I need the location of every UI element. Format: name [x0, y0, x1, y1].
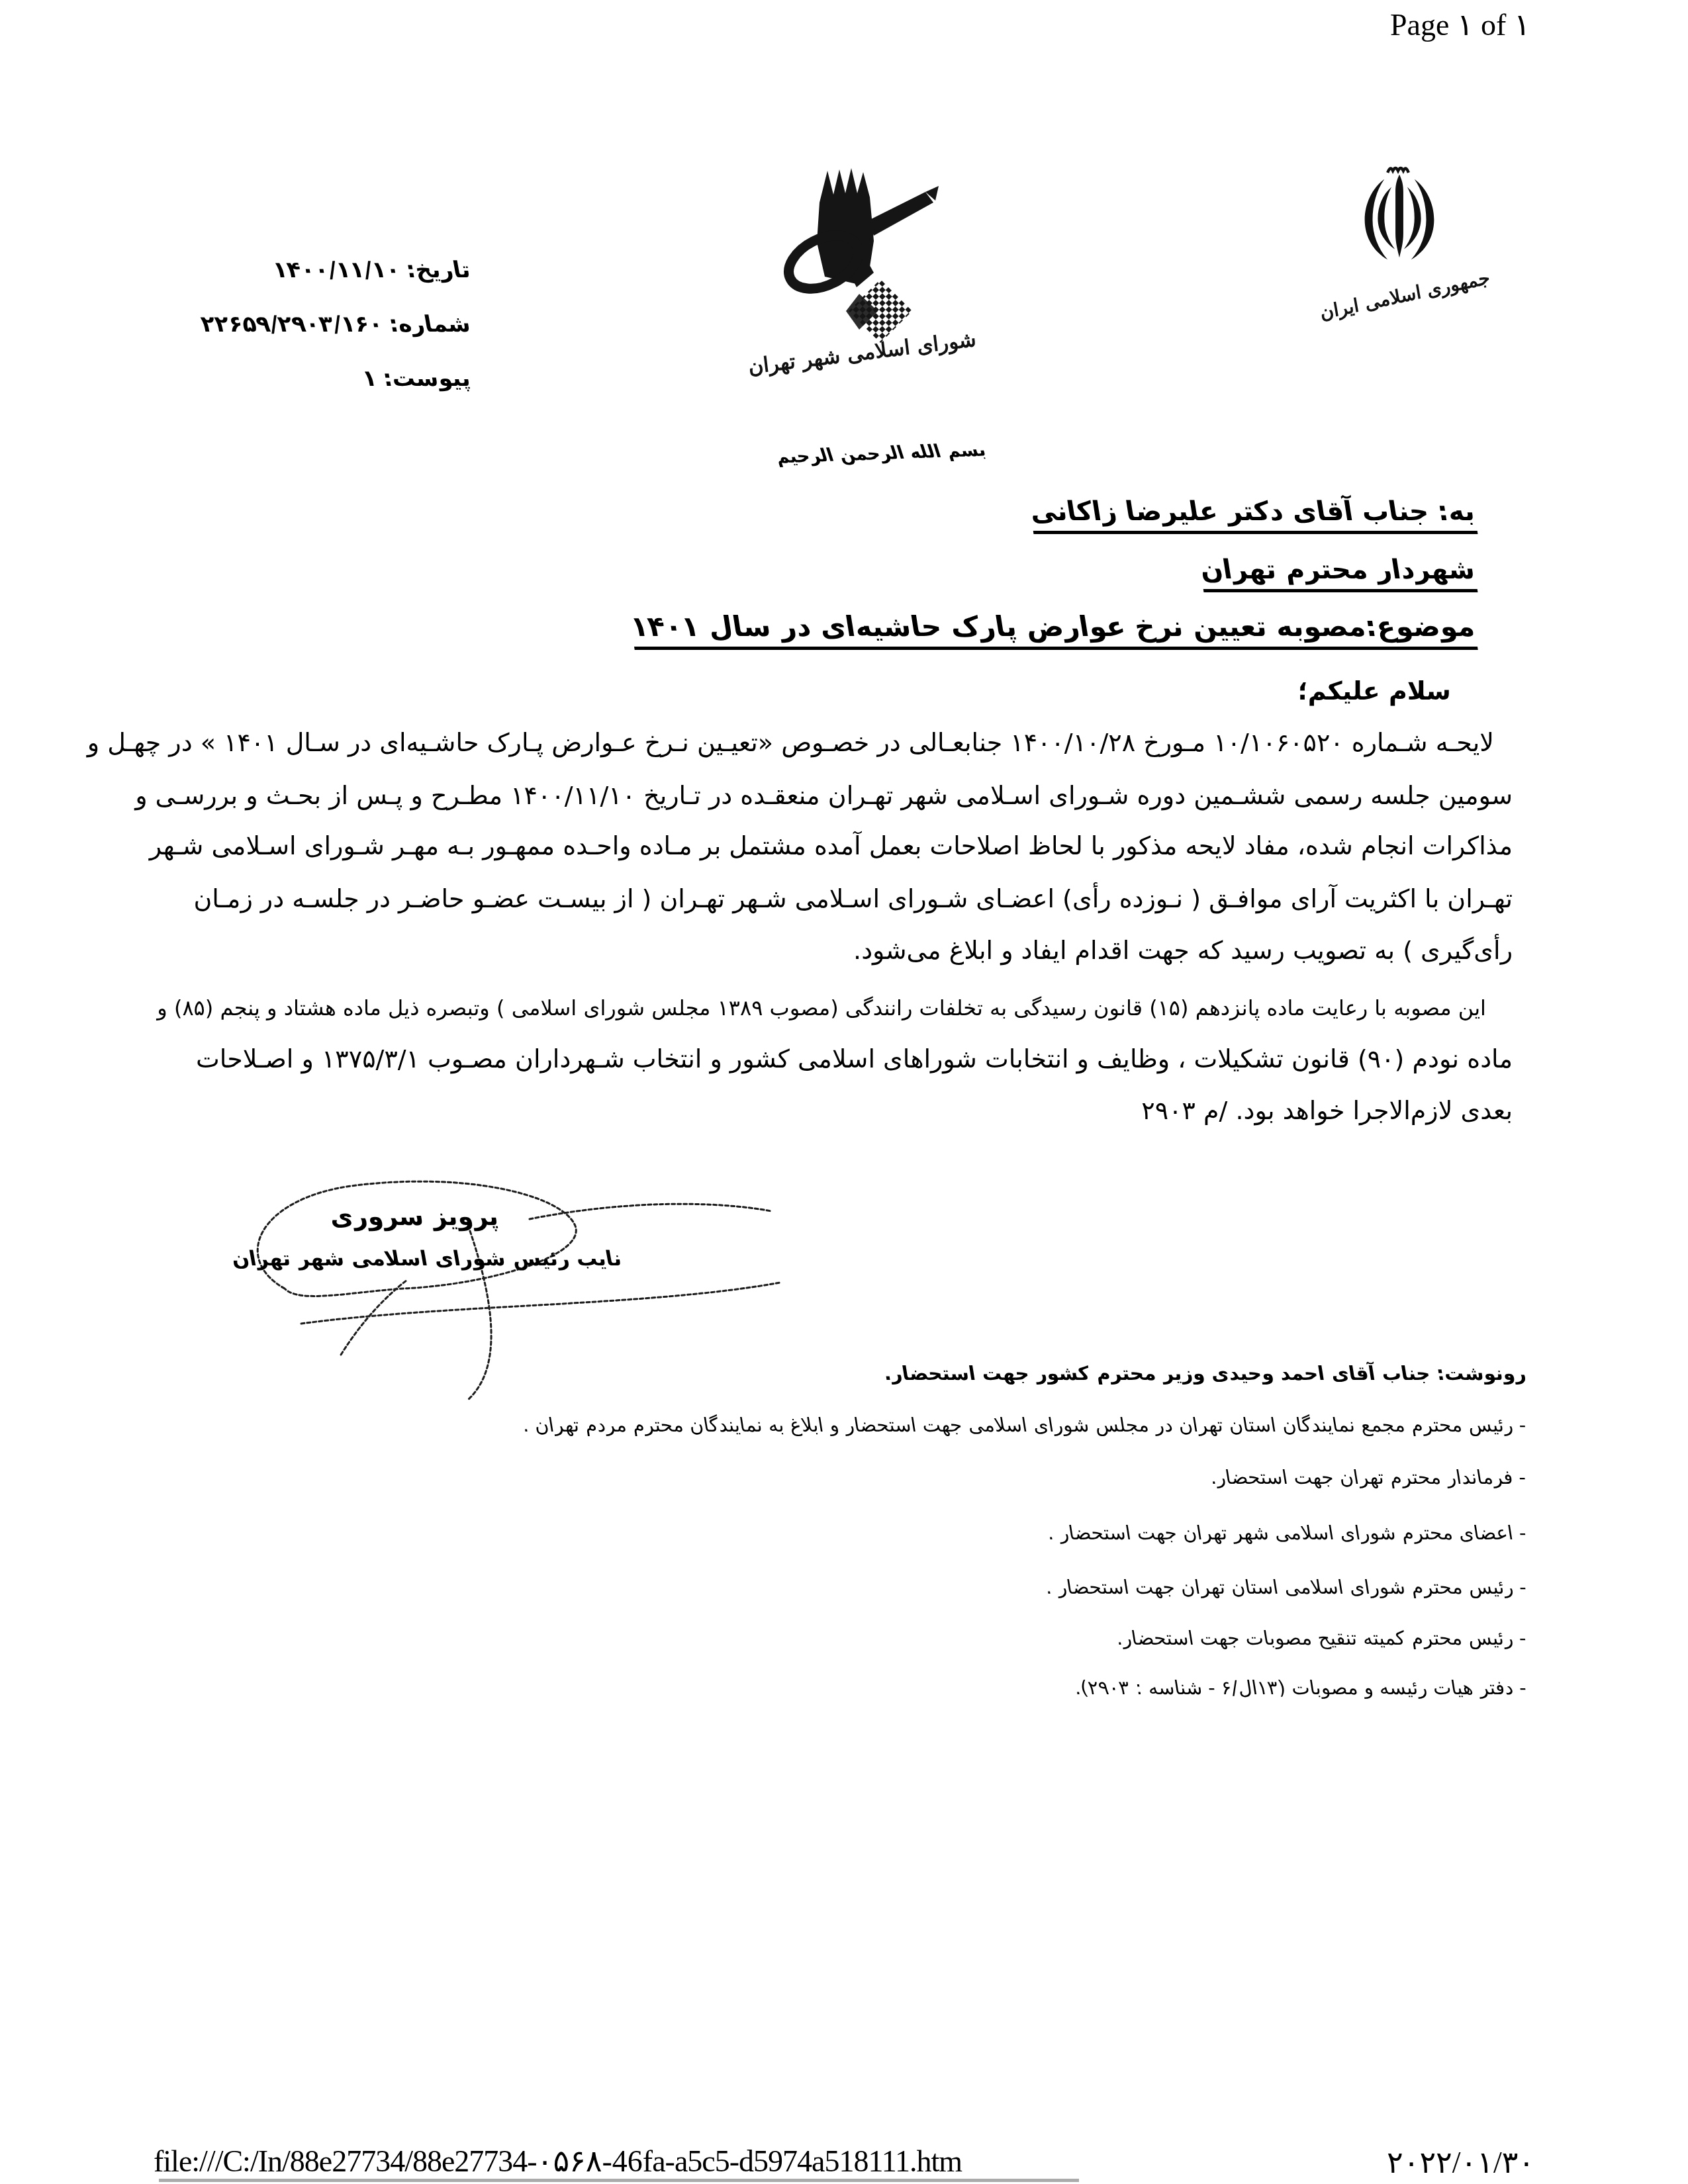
cc-item: - اعضای محترم شورای اسلامی شهر تهران جهت…	[1045, 1522, 1527, 1544]
cc-item: رونوشت: جناب آقای احمد وحیدی وزیر محترم …	[882, 1362, 1528, 1385]
cc-item: - رئیس محترم مجمع نمایندگان استان تهران …	[520, 1414, 1527, 1436]
date-row: تاریخ:۱۴۰۰/۱۱/۱۰	[271, 257, 473, 283]
scan-artifact-line	[159, 2179, 1079, 2182]
date-label: تاریخ:	[404, 257, 472, 283]
signature-scrawl-icon	[185, 1153, 781, 1408]
body-line: مذاکرات انجام شده، مفاد لایحه مذکور با ل…	[212, 831, 1513, 860]
body-line: ماده نودم (۹۰) قانون تشکیلات ، وظایف و ا…	[212, 1044, 1513, 1073]
footer-date: ۲۰۲۲/۰۱/۳۰	[1387, 2144, 1599, 2180]
date-value: ۱۴۰۰/۱۱/۱۰	[271, 257, 402, 283]
subject-line: موضوع:مصوبه تعیین نرخ عوارض پارک حاشیه‌ا…	[628, 610, 1477, 650]
council-logo-icon	[781, 163, 947, 348]
recipient-line-1: به: جناب آقای دکتر علیرضا زاکانی	[1028, 496, 1478, 534]
body-line: این مصوبه با رعایت ماده پانزدهم (۱۵) قان…	[212, 995, 1513, 1021]
body-line: بعدی لازم‌الاجرا خواهد بود. /م ۲۹۰۳	[212, 1096, 1513, 1125]
cc-item: - رئیس محترم کمیته تنقیح مصوبات جهت استح…	[1114, 1627, 1527, 1649]
number-row: شماره:۲۲۶۵۹/۲۹۰۳/۱۶۰	[199, 311, 472, 338]
page-indicator: Page ۱ of ۱	[1390, 7, 1628, 42]
number-value: ۲۲۶۵۹/۲۹۰۳/۱۶۰	[199, 311, 385, 338]
attachment-label: پیوست:	[381, 365, 472, 392]
signatory-title: نایب رئیس شورای اسلامی شهر تهران	[230, 1247, 624, 1271]
iran-emblem-icon	[1344, 165, 1455, 277]
footer-file-url: file:///C:/In/88e27734/88e27734-۰۵۶۸-46f…	[154, 2143, 1147, 2179]
greeting-line: سلام علیکم؛	[1298, 676, 1451, 705]
attachment-value: ۱	[361, 365, 379, 392]
document-page: Page ۱ of ۱ تاریخ:۱۴۰۰/۱۱/۱۰ شماره:۲۲۶۵۹…	[0, 0, 1688, 2184]
recipient-line-2: شهردار محترم تهران	[1197, 555, 1477, 592]
signatory-name: پرویز سروری	[327, 1202, 500, 1231]
attachment-row: پیوست:۱	[361, 365, 473, 392]
cc-item: - دفتر هیات رئیسه و مصوبات (۱۳ال/۶ - شنا…	[1072, 1676, 1528, 1699]
body-line: تهـران با اکثریت آرای موافـق ( نـوزده رأ…	[212, 884, 1513, 913]
number-label: شماره:	[387, 311, 472, 338]
body-line: سومین جلسه رسمی ششـمین دوره شـورای اسـلا…	[212, 781, 1513, 810]
body-line: لایحـه شـماره ۱۰/۱۰۶۰۵۲۰ مـورخ ۱۴۰۰/۱۰/۲…	[212, 728, 1513, 757]
cc-item: - رئیس محترم شورای اسلامی استان تهران جه…	[1043, 1576, 1528, 1598]
cc-item: - فرماندار محترم تهران جهت استحضار.	[1209, 1466, 1528, 1488]
body-line: رأی‌گیری ) به تصویب رسید که جهت اقدام ای…	[212, 936, 1513, 965]
bismillah-line: بسم الله الرحمن الرحیم	[773, 439, 989, 467]
